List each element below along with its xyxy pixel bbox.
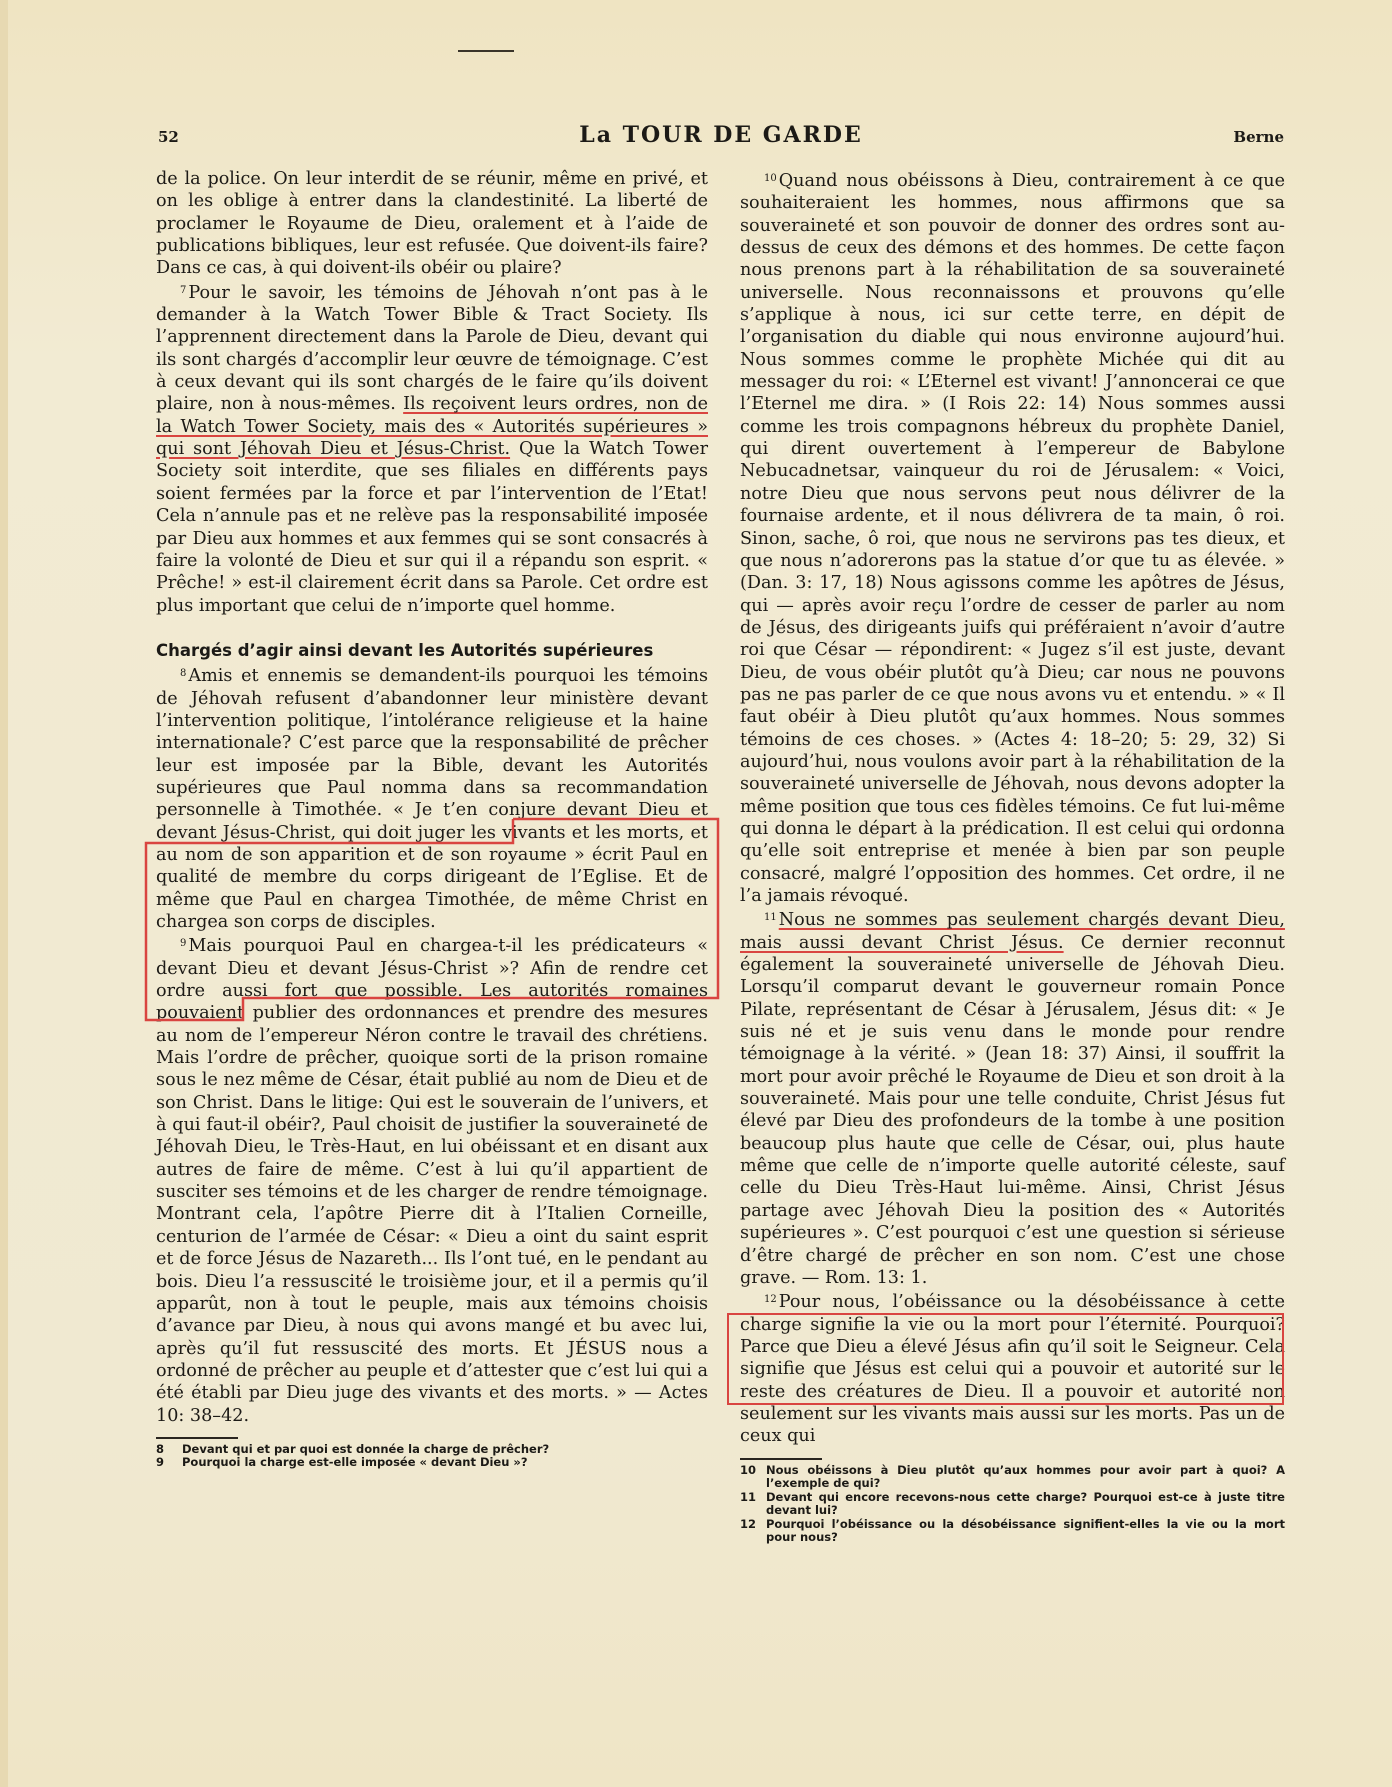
left-highlight-outline	[0, 0, 1392, 1787]
